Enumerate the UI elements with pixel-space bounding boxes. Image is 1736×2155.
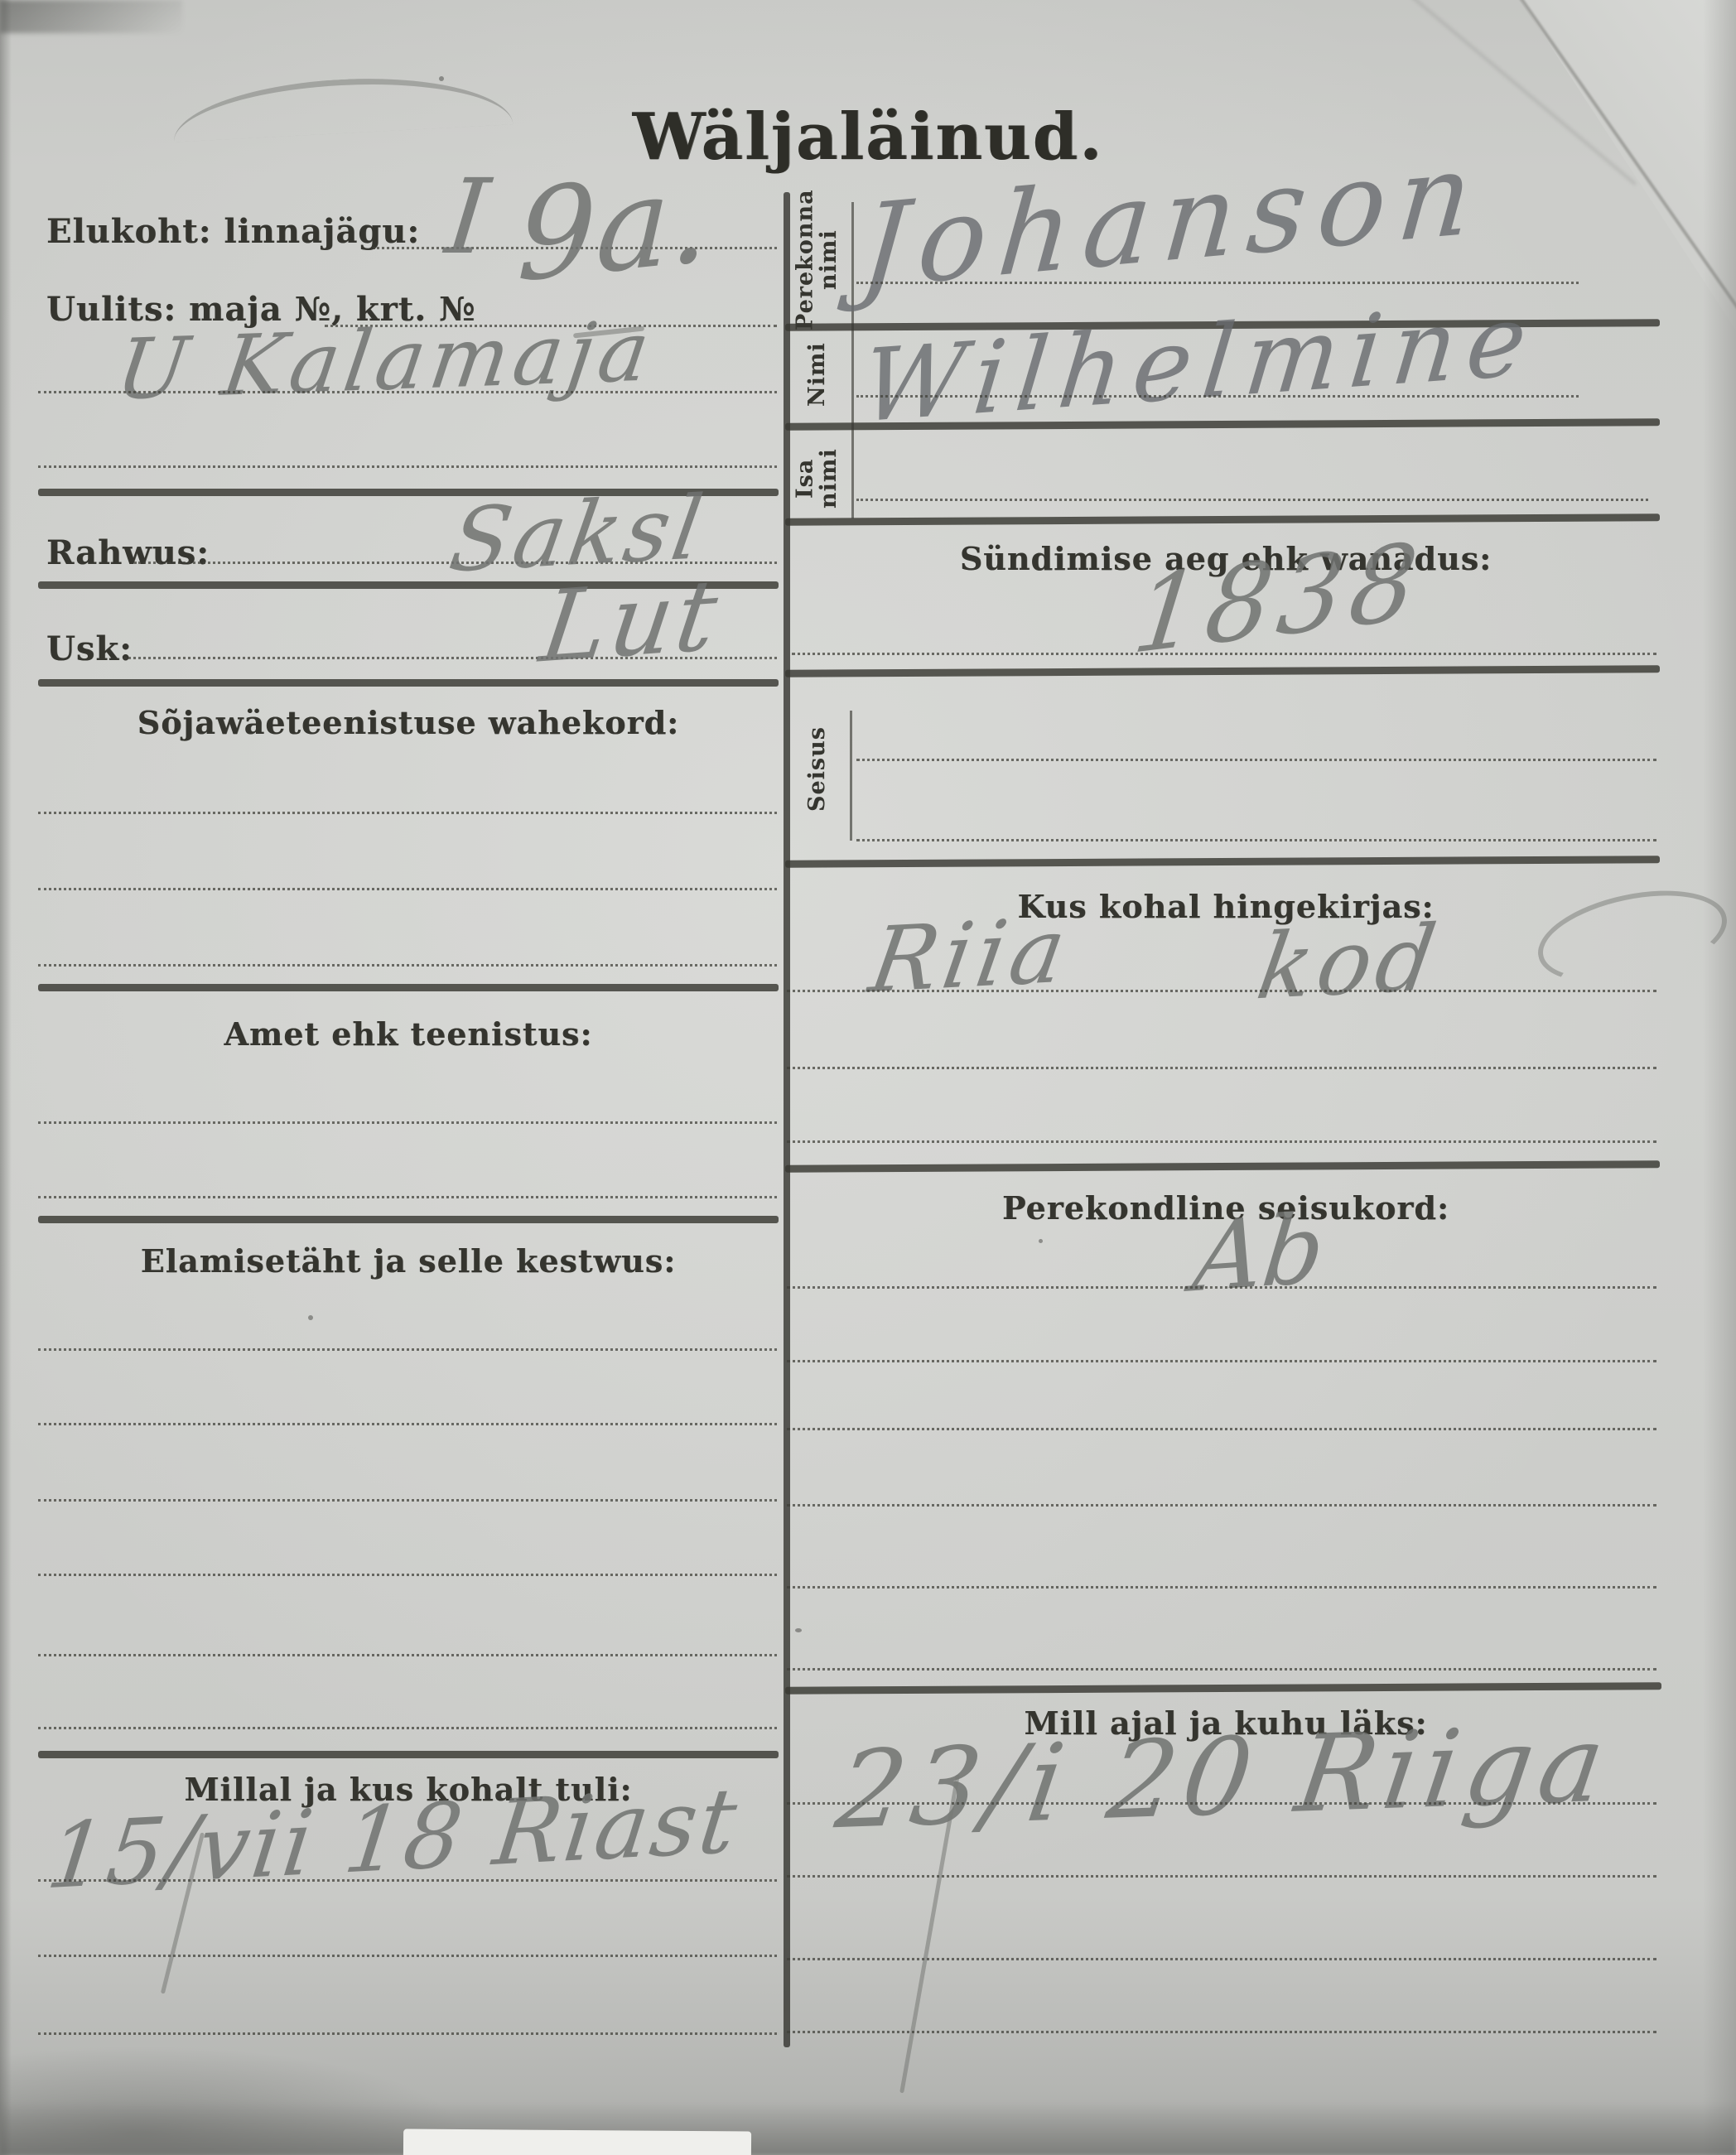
dotted-rule	[856, 282, 1579, 284]
thick-rule	[785, 665, 1660, 677]
dotted-rule	[787, 1802, 1656, 1805]
thick-rule	[785, 856, 1660, 868]
paper-edge-shadow	[0, 0, 182, 33]
dotted-rule	[787, 1504, 1656, 1507]
dotted-rule	[38, 812, 777, 814]
dotted-rule	[856, 839, 1656, 841]
dotted-rule	[38, 1121, 777, 1124]
field-label-nimi: Nimi	[784, 330, 851, 419]
dotted-rule	[856, 499, 1648, 501]
paper-speck	[795, 1628, 802, 1632]
thick-rule	[38, 1751, 779, 1758]
section-header-elamisetaht: Elamisetäht ja selle kestwus:	[38, 1242, 779, 1280]
dotted-rule	[38, 391, 777, 393]
thick-rule	[38, 984, 779, 991]
paper-edge-shadow	[0, 0, 12, 2155]
dotted-rule	[38, 1879, 777, 1882]
field-label-seisus: Seisus	[784, 719, 851, 820]
thick-rule	[785, 1160, 1660, 1173]
dotted-rule	[38, 1955, 777, 1957]
underlying-paper-sliver	[403, 2129, 751, 2155]
dotted-rule	[38, 888, 777, 890]
dotted-rule	[787, 2031, 1656, 2033]
handwritten-entry-hingekirjas-2: kod	[1251, 906, 1447, 1020]
field-label-isa-nimi: Isa nimi	[784, 441, 851, 517]
dotted-rule	[38, 1727, 777, 1729]
thick-rule	[785, 1682, 1661, 1695]
dotted-rule	[787, 1428, 1656, 1430]
thick-rule	[38, 1216, 779, 1223]
paper-speck	[1039, 1239, 1043, 1243]
paper-speck	[439, 76, 444, 81]
paper-edge-shadow	[1703, 0, 1736, 2155]
dotted-rule	[38, 964, 777, 967]
paper-speck	[308, 1315, 313, 1320]
dotted-rule	[38, 1423, 777, 1425]
paper-crease-line	[1518, 0, 1736, 336]
dotted-rule	[787, 990, 1656, 992]
label-separator-line	[851, 202, 854, 518]
handwritten-entry-perekondline: Ab	[1189, 1193, 1330, 1314]
dotted-rule	[787, 1586, 1656, 1589]
dotted-rule	[38, 1348, 777, 1351]
dotted-rule	[787, 1360, 1656, 1362]
dotted-rule	[787, 1875, 1656, 1878]
section-header-amet: Amet ehk teenistus:	[38, 1015, 779, 1053]
handwritten-entry-linnajagu: I	[441, 157, 494, 277]
paper-stain	[0, 2046, 464, 2155]
thick-rule	[785, 513, 1660, 526]
dotted-rule	[787, 1668, 1656, 1670]
dotted-rule	[38, 465, 777, 468]
handwritten-entry-uulits: U Kalamaja	[111, 302, 660, 418]
field-label-usk: Usk:	[46, 629, 133, 668]
section-header-sojawae: Sõjawäeteenistuse wahekord:	[38, 704, 779, 741]
dotted-rule	[38, 2032, 777, 2035]
dotted-rule	[856, 759, 1656, 761]
dotted-rule	[787, 1286, 1656, 1289]
field-label-rahwus: Rahwus:	[46, 533, 210, 572]
pencil-stroke	[171, 70, 514, 142]
dotted-rule	[38, 1654, 777, 1656]
dotted-rule	[38, 1574, 777, 1576]
dotted-rule	[856, 395, 1579, 398]
dotted-rule	[787, 1067, 1656, 1069]
handwritten-entry-maja-nr: 9a.	[515, 145, 711, 311]
dotted-rule	[38, 1499, 777, 1502]
dotted-rule	[38, 1196, 777, 1198]
field-label-elukoht: Elukoht: linnajägu:	[46, 212, 420, 251]
dotted-rule	[787, 1140, 1656, 1143]
field-label-perekonna-nimi: Perekonna nimi	[784, 197, 851, 323]
thick-rule	[38, 679, 779, 687]
scanned-document-page: Wäljaläinud. Elukoht: linnajägu: Uulits:…	[0, 0, 1736, 2155]
dotted-rule	[787, 1958, 1656, 1960]
handwritten-entry-usk: Lut	[534, 557, 727, 685]
handwritten-entry-hingekirjas-1: Riia	[863, 899, 1077, 1014]
dotted-rule	[792, 653, 1656, 655]
paper-edge-shadow	[0, 2104, 1736, 2155]
